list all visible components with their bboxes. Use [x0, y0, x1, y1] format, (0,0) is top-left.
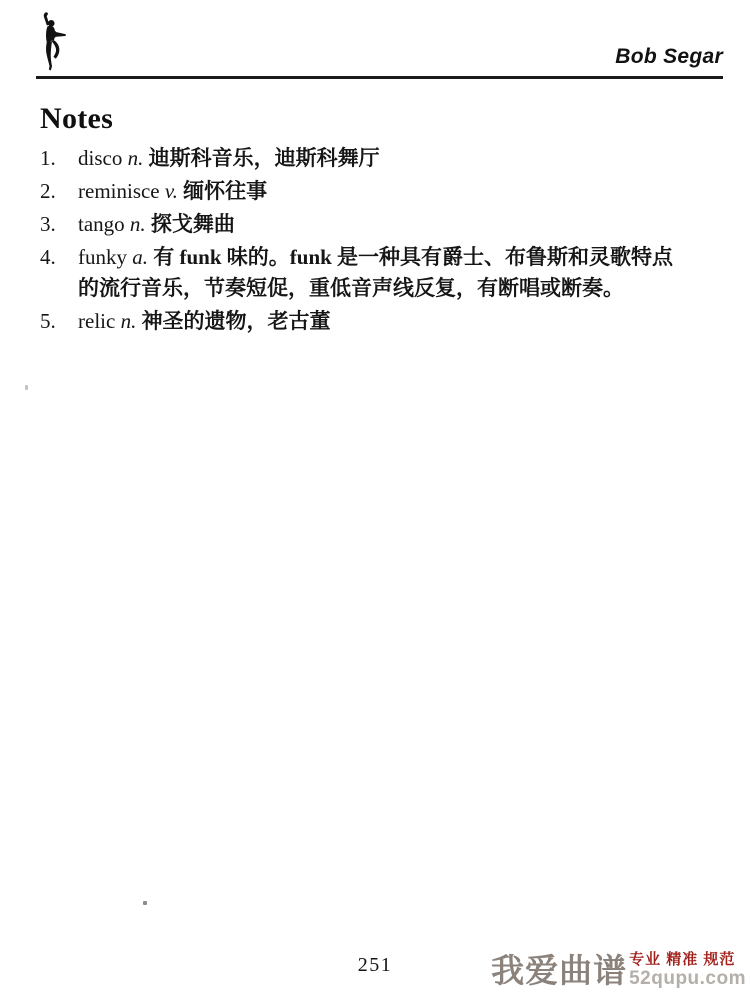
item-content: funky a. 有 funk 味的。funk 是一种具有爵士、布鲁斯和灵歌特点… — [78, 242, 688, 304]
list-item-3: 3. tango n. 探戈舞曲 — [40, 209, 688, 240]
item-term: funky — [78, 245, 127, 269]
item-number: 4. — [40, 242, 78, 304]
item-translation: 神圣的遗物，老古董 — [142, 309, 331, 333]
running-title: Bob Segar — [615, 45, 723, 69]
watermark-tagline: 专业 精准 规范 — [629, 951, 735, 968]
item-pos: n. — [128, 146, 144, 170]
item-term: relic — [78, 309, 115, 333]
item-term: disco — [78, 146, 122, 170]
notes-list: 1. disco n. 迪斯科音乐，迪斯科舞厅 2. reminisce v. … — [40, 143, 688, 337]
list-item-1: 1. disco n. 迪斯科音乐，迪斯科舞厅 — [40, 143, 688, 174]
item-translation: 探戈舞曲 — [151, 212, 235, 236]
item-term: reminisce — [78, 179, 160, 203]
main-content: Notes 1. disco n. 迪斯科音乐，迪斯科舞厅 2. reminis… — [40, 102, 688, 337]
scanned-book-page: Bob Segar Notes 1. disco n. 迪斯科音乐，迪斯科舞厅 … — [0, 0, 750, 993]
item-pos: a. — [132, 245, 148, 269]
item-translation: 缅怀往事 — [183, 179, 267, 203]
watermark-brand: 我爱曲谱 — [491, 953, 627, 989]
item-content: reminisce v. 缅怀往事 — [78, 176, 688, 207]
scan-speck — [25, 385, 28, 390]
list-item-5: 5. relic n. 神圣的遗物，老古董 — [40, 306, 688, 337]
notes-heading: Notes — [40, 102, 688, 136]
watermark: 我爱曲谱 专业 精准 规范 52qupu.com — [491, 951, 746, 989]
item-pos: n. — [130, 212, 146, 236]
watermark-side: 专业 精准 规范 52qupu.com — [629, 951, 746, 989]
item-term: tango — [78, 212, 125, 236]
item-number: 5. — [40, 306, 78, 337]
list-item-2: 2. reminisce v. 缅怀往事 — [40, 176, 688, 207]
item-content: tango n. 探戈舞曲 — [78, 209, 688, 240]
item-number: 1. — [40, 143, 78, 174]
item-content: relic n. 神圣的遗物，老古董 — [78, 306, 688, 337]
item-translation: 迪斯科音乐，迪斯科舞厅 — [149, 146, 380, 170]
item-pos: n. — [121, 309, 137, 333]
list-item-4: 4. funky a. 有 funk 味的。funk 是一种具有爵士、布鲁斯和灵… — [40, 242, 688, 304]
dancing-performer-icon — [37, 12, 67, 73]
item-line-1: funky a. 有 funk 味的。funk 是一种具有爵士、布鲁斯和灵歌特点 — [78, 242, 688, 273]
item-number: 2. — [40, 176, 78, 207]
header-rule — [36, 76, 723, 79]
item-content: disco n. 迪斯科音乐，迪斯科舞厅 — [78, 143, 688, 174]
item-translation-line2: 的流行音乐，节奏短促，重低音声线反复，有断唱或断奏。 — [78, 273, 688, 304]
watermark-site: 52qupu.com — [629, 968, 746, 989]
item-number: 3. — [40, 209, 78, 240]
item-translation: 有 funk 味的。funk 是一种具有爵士、布鲁斯和灵歌特点 — [153, 245, 673, 269]
item-pos: v. — [165, 179, 178, 203]
scan-speck — [143, 901, 147, 905]
